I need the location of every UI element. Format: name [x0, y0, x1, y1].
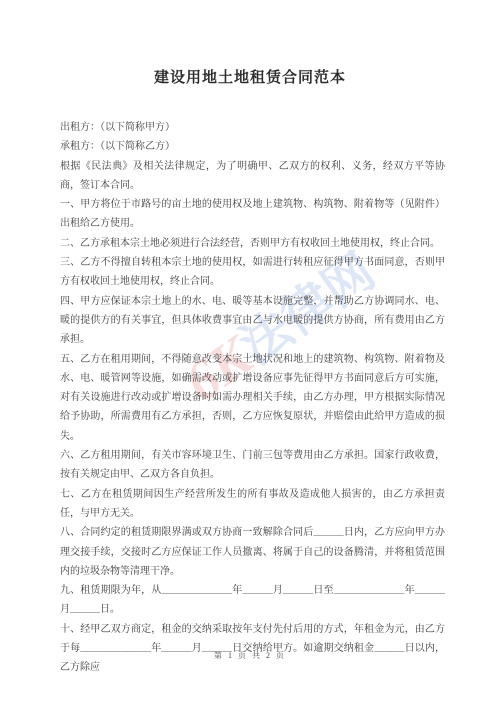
document-page: 6K法律网 建设用地土地租赁合同范本 出租方：（以下简称甲方）承租方：（以下简称… [0, 0, 500, 706]
contract-paragraph: 九、租赁期限为年，从＿＿＿＿＿＿＿年＿＿＿月＿＿＿日至＿＿＿＿＿＿＿年＿＿＿月＿… [60, 581, 445, 620]
contract-paragraph: 出租方：（以下简称甲方） [60, 118, 445, 137]
contract-paragraph: 五、乙方在租用期间，不得随意改变本宗土地状况和地上的建筑物、构筑物、附着物及水、… [60, 350, 445, 446]
contract-paragraph: 四、甲方应保证本宗土地上的水、电、暖等基本设施完整，并帮助乙方协调同水、电、暖的… [60, 292, 445, 350]
contract-paragraph: 十、经甲乙双方商定，租金的交纳采取按年支付先付后用的方式，年租金为元，由乙方于每… [60, 620, 445, 678]
contract-paragraph: 根据《民法典》及相关法律规定，为了明确甲、乙双方的权利、义务，经双方平等协商，签… [60, 157, 445, 196]
contract-paragraph: 八、合同约定的租赁期限界满或双方协商一致解除合同后＿＿＿日内，乙方应向甲方办理交… [60, 523, 445, 581]
contract-paragraph: 三、乙方不得擅自转租本宗土地的使用权，如需进行转租应征得甲方书面同意，否则甲方有… [60, 253, 445, 292]
contract-paragraph: 六、乙方租用期间，有关市容环境卫生、门前三包等费用由乙方承担。国家行政收费，按有… [60, 446, 445, 485]
document-body: 出租方：（以下简称甲方）承租方：（以下简称乙方）根据《民法典》及相关法律规定，为… [60, 118, 445, 678]
contract-paragraph: 一、甲方将位于市路号的亩土地的使用权及地上建筑物、构筑物、附着物等（见附件）出租… [60, 195, 445, 234]
page-number-indicator: 第 1 页 共 2 页 [0, 650, 500, 661]
contract-paragraph: 七、乙方在租赁期间因生产经营所发生的所有事故及造成他人损害的，由乙方承担责任，与… [60, 485, 445, 524]
contract-paragraph: 承租方：（以下简称乙方） [60, 137, 445, 156]
document-title: 建设用地土地租赁合同范本 [0, 66, 500, 87]
contract-paragraph: 二、乙方承租本宗土地必须进行合法经营，否则甲方有权收回土地使用权，终止合同。 [60, 234, 445, 253]
